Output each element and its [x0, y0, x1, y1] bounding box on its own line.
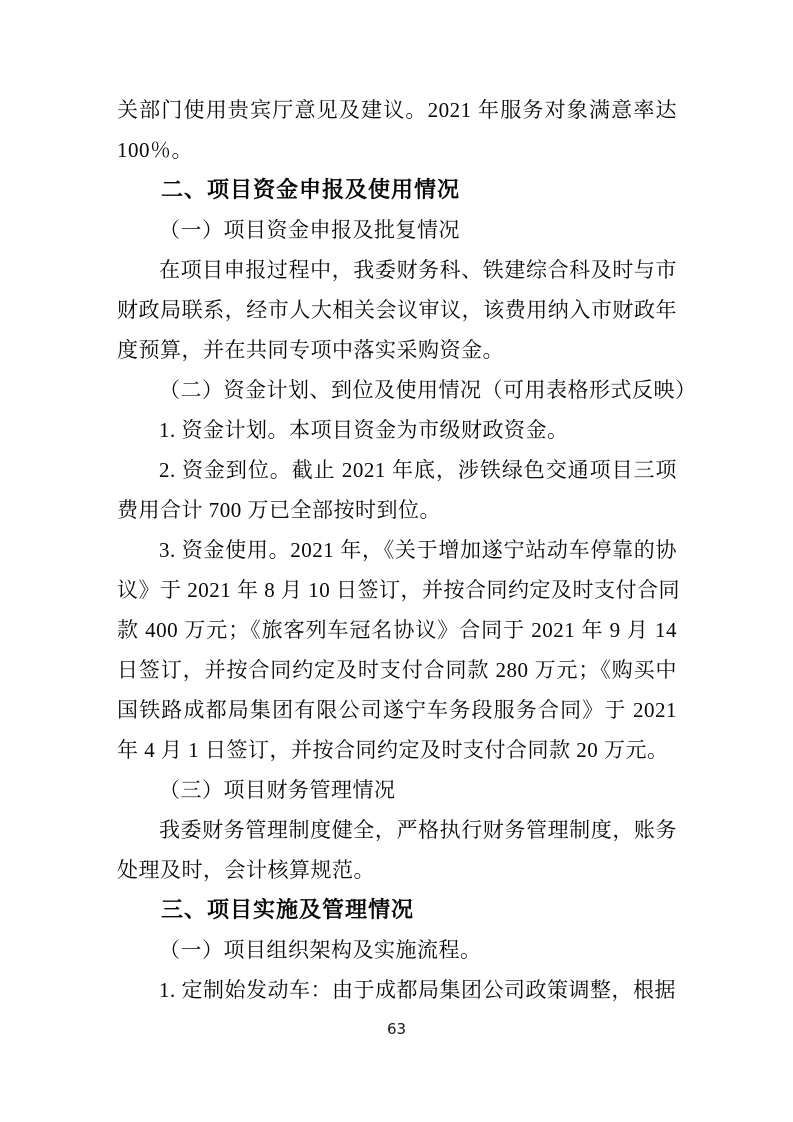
section-heading: 三、项目实施及管理情况 — [117, 890, 677, 930]
text-line: （二）资金计划、到位及使用情况（可用表格形式反映） — [117, 370, 677, 410]
text-line: （一）项目组织架构及实施流程。 — [117, 930, 677, 970]
text-line: （一）项目资金申报及批复情况 — [117, 210, 677, 250]
text-line: 3. 资金使用。2021 年，《关于增加遂宁站动车停靠的协 — [117, 530, 677, 570]
page-number: 63 — [0, 1020, 793, 1038]
text-line: 三、项目实施及管理情况 — [117, 890, 677, 930]
text-line: 财政局联系，经市人大相关会议审议，该费用纳入市财政年 — [117, 290, 677, 330]
sub-heading: （一）项目资金申报及批复情况 — [117, 210, 677, 250]
text-line: 在项目申报过程中，我委财务科、铁建综合科及时与市 — [117, 250, 677, 290]
paragraph: 我委财务管理制度健全，严格执行财务管理制度，账务处理及时，会计核算规范。 — [117, 810, 677, 890]
paragraph: 在项目申报过程中，我委财务科、铁建综合科及时与市财政局联系，经市人大相关会议审议… — [117, 250, 677, 370]
sub-heading: （一）项目组织架构及实施流程。 — [117, 930, 677, 970]
text-line: 度预算，并在共同专项中落实采购资金。 — [117, 330, 677, 370]
paragraph: 2. 资金到位。截止 2021 年底，涉铁绿色交通项目三项费用合计 700 万已… — [117, 450, 677, 530]
text-line: 费用合计 700 万已全部按时到位。 — [117, 490, 677, 530]
document-body: 关部门使用贵宾厅意见及建议。2021 年服务对象满意率达100％。二、项目资金申… — [117, 90, 677, 1010]
text-line: 年 4 月 1 日签订，并按合同约定及时支付合同款 20 万元。 — [117, 730, 677, 770]
paragraph: 1. 资金计划。本项目资金为市级财政资金。 — [117, 410, 677, 450]
sub-heading: （三）项目财务管理情况 — [117, 770, 677, 810]
sub-heading: （二）资金计划、到位及使用情况（可用表格形式反映） — [117, 370, 677, 410]
text-line: 2. 资金到位。截止 2021 年底，涉铁绿色交通项目三项 — [117, 450, 677, 490]
text-line: 国铁路成都局集团有限公司遂宁车务段服务合同》于 2021 — [117, 690, 677, 730]
text-line: （三）项目财务管理情况 — [117, 770, 677, 810]
paragraph: 1. 定制始发动车：由于成都局集团公司政策调整，根据 — [117, 970, 677, 1010]
text-line: 二、项目资金申报及使用情况 — [117, 170, 677, 210]
text-line: 100％。 — [117, 130, 677, 170]
text-line: 款 400 万元；《旅客列车冠名协议》合同于 2021 年 9 月 14 — [117, 610, 677, 650]
text-line: 1. 定制始发动车：由于成都局集团公司政策调整，根据 — [117, 970, 677, 1010]
paragraph: 3. 资金使用。2021 年，《关于增加遂宁站动车停靠的协议》于 2021 年 … — [117, 530, 677, 770]
text-line: 我委财务管理制度健全，严格执行财务管理制度，账务 — [117, 810, 677, 850]
text-line: 关部门使用贵宾厅意见及建议。2021 年服务对象满意率达 — [117, 90, 677, 130]
text-line: 处理及时，会计核算规范。 — [117, 850, 677, 890]
text-line: 议》于 2021 年 8 月 10 日签订，并按合同约定及时支付合同 — [117, 570, 677, 610]
document-page: { "page": { "background_color": "#ffffff… — [0, 0, 793, 1122]
text-line: 1. 资金计划。本项目资金为市级财政资金。 — [117, 410, 677, 450]
text-line: 日签订，并按合同约定及时支付合同款 280 万元；《购买中 — [117, 650, 677, 690]
paragraph: 关部门使用贵宾厅意见及建议。2021 年服务对象满意率达100％。 — [117, 90, 677, 170]
section-heading: 二、项目资金申报及使用情况 — [117, 170, 677, 210]
